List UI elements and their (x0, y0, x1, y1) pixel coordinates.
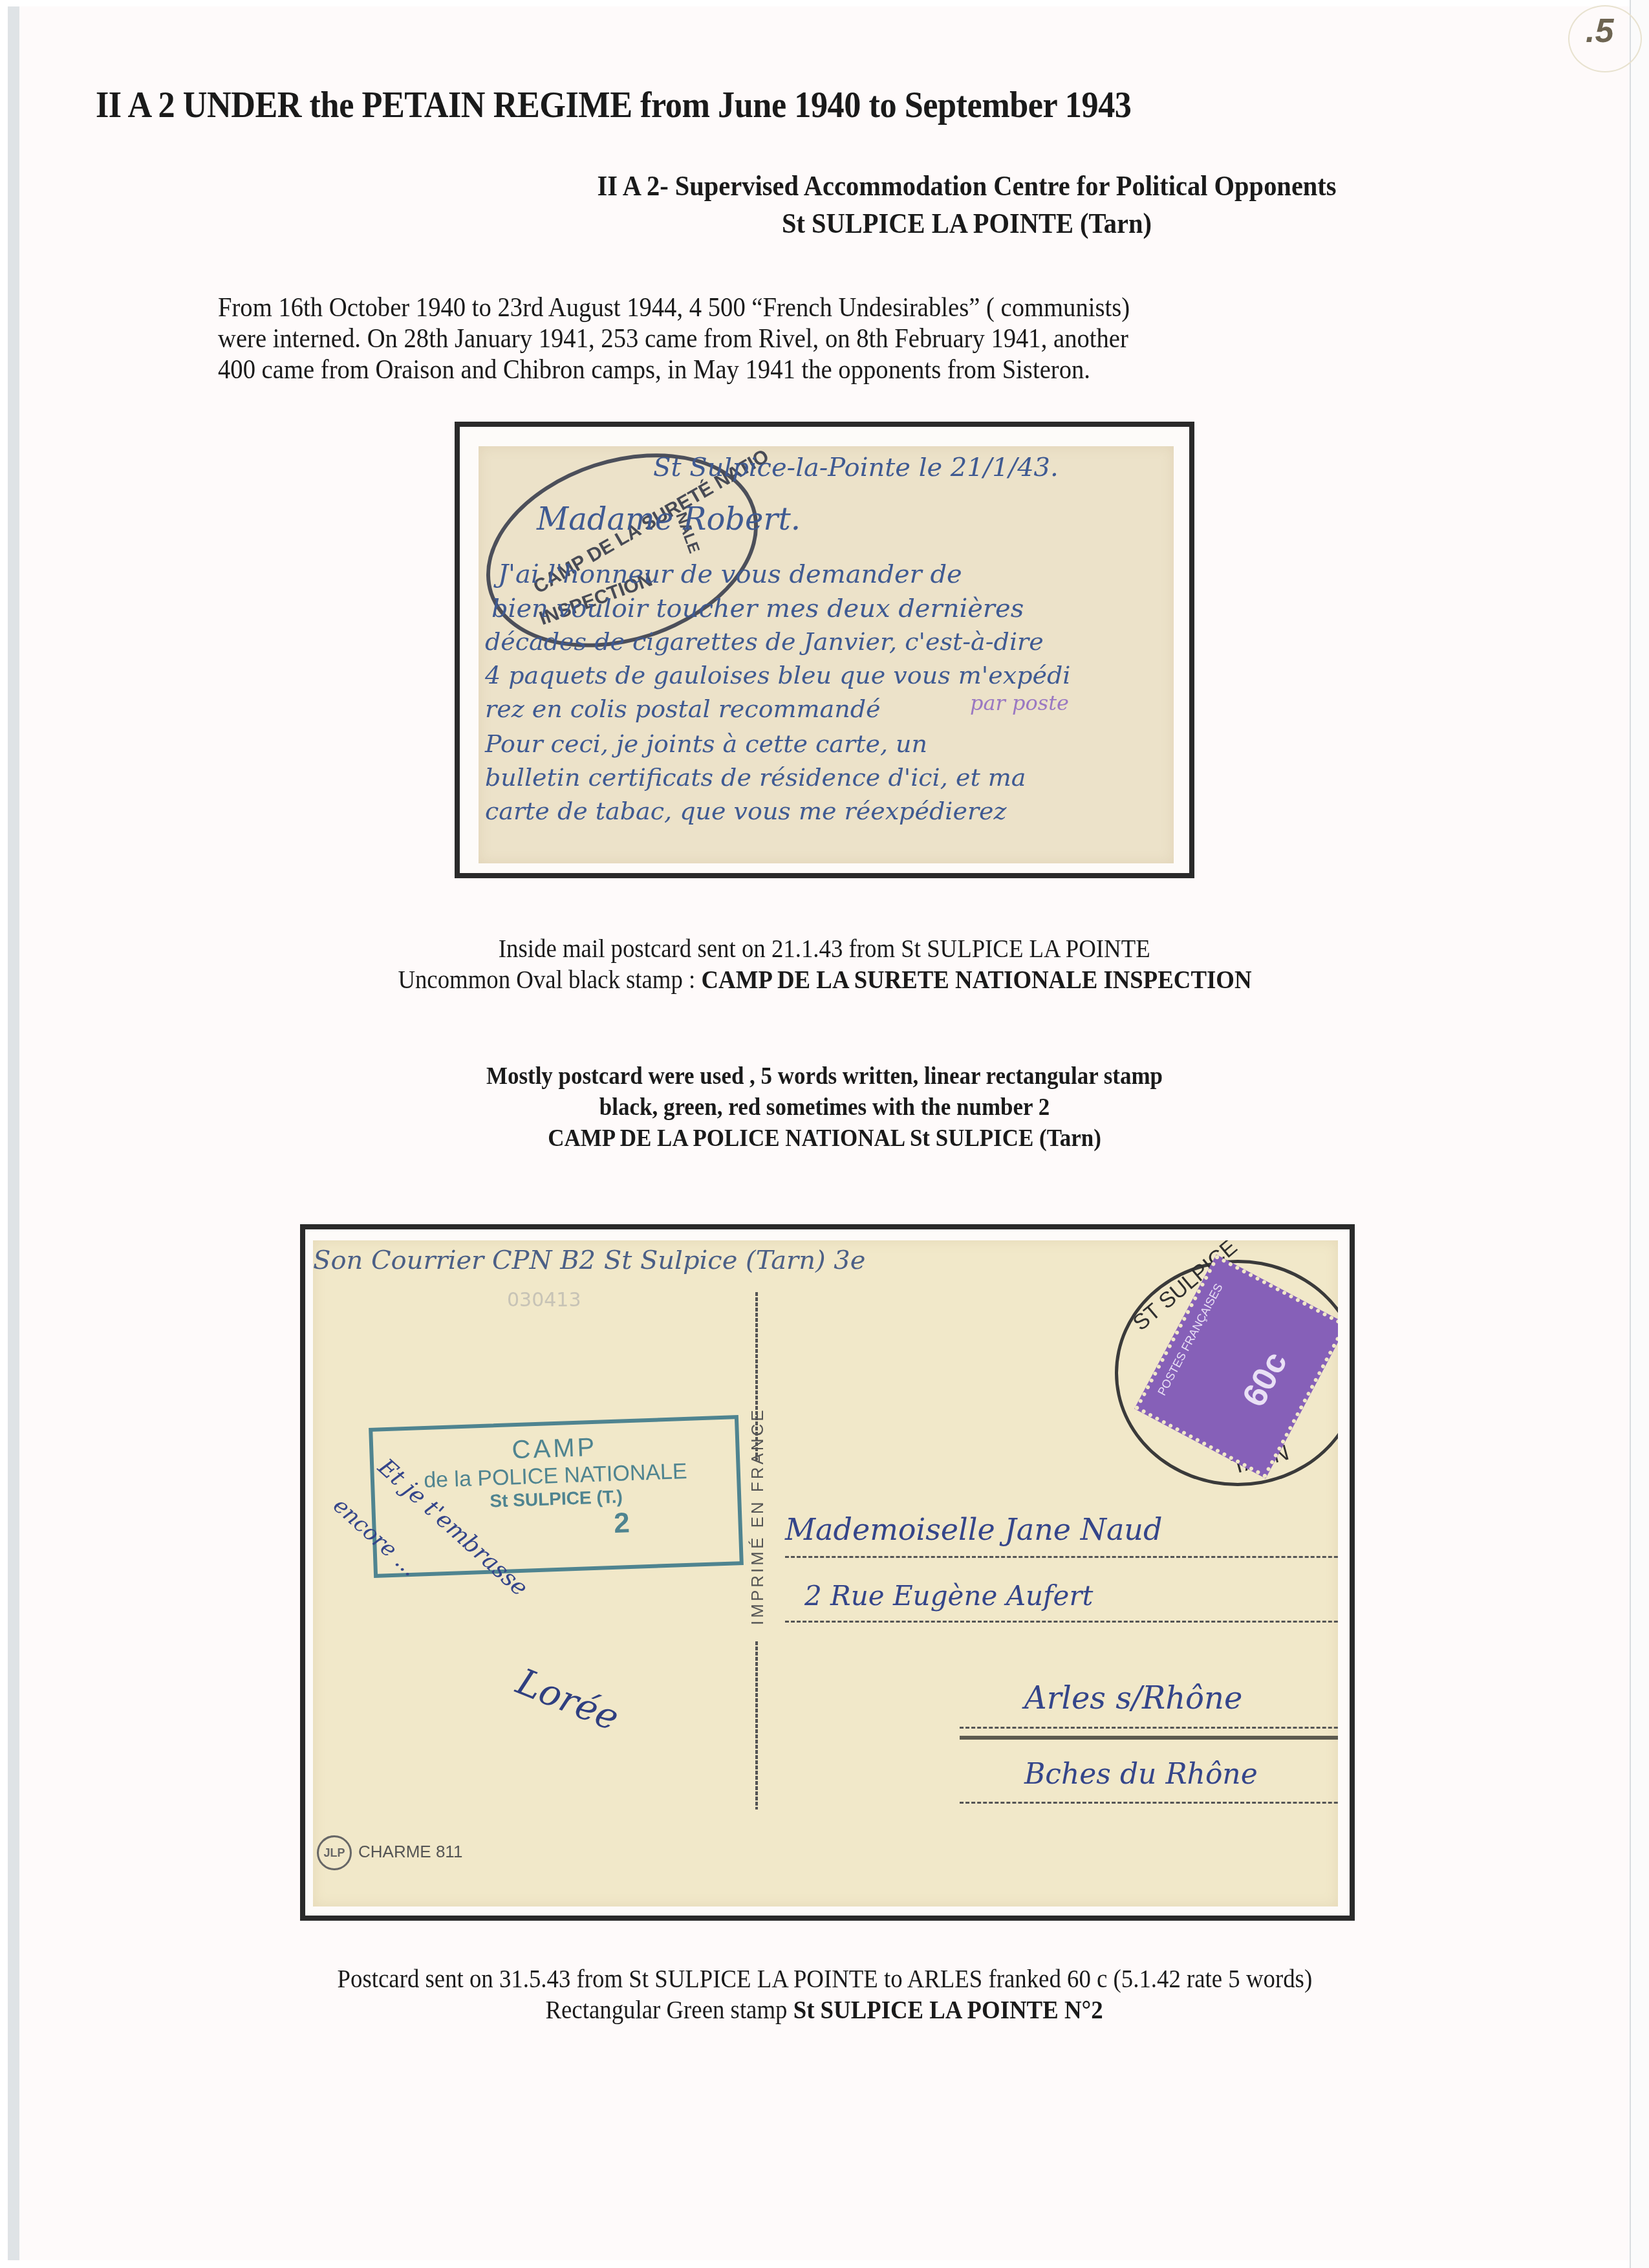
address-line: 2 Rue Eugène Aufert (804, 1580, 1093, 1612)
address-rule (785, 1556, 1338, 1558)
postcard-2-caption-line1: Postcard sent on 31.5.43 from St SULPICE… (0, 1963, 1649, 1994)
note-line: CAMP DE LA POLICE NATIONAL St SULPICE (T… (66, 1123, 1583, 1154)
address-line: Arles s/Rhône (1024, 1680, 1242, 1716)
letter-line: carte de tabac, que vous me réexpédierez (485, 797, 1007, 825)
intro-paragraph: From 16th October 1940 to 23rd August 19… (218, 292, 1421, 385)
intro-line: 400 came from Oraison and Chibron camps,… (218, 354, 1324, 385)
address-rule-bold (960, 1736, 1338, 1740)
stamp-note: Mostly postcard were used , 5 words writ… (0, 1061, 1649, 1154)
letter-line: bien vouloir toucher mes deux dernières (491, 594, 1024, 623)
intro-line: From 16th October 1940 to 23rd August 19… (218, 292, 1324, 323)
caption-text: Rectangular Green stamp (546, 1995, 793, 2024)
page-number: .5 (1586, 12, 1613, 50)
printed-in-france: IMPRIMÉ EN FRANCE (748, 1407, 768, 1625)
postcard-2: Son Courrier CPN B2 St Sulpice (Tarn) 3e… (313, 1240, 1338, 1906)
note-line: Mostly postcard were used , 5 words writ… (66, 1061, 1583, 1092)
address-line: Bches du Rhône (1024, 1758, 1258, 1791)
letter-line: rez en colis postal recommandé (485, 695, 881, 723)
intro-line: were interned. On 28th January 1941, 253… (218, 323, 1324, 354)
pencil-note: 030413 (507, 1289, 581, 1312)
letter-line: décades de cigarettes de Janvier, c'est-… (485, 627, 1044, 656)
postcard-2-caption-line2: Rectangular Green stamp St SULPICE LA PO… (0, 1994, 1649, 2025)
letter-line: J'ai l'honneur de vous demander de (498, 559, 962, 589)
letter-line: 4 paquets de gauloises bleu que vous m'e… (485, 661, 1070, 689)
letter-line: bulletin certificats de résidence d'ici,… (485, 763, 1026, 792)
letter-line: Pour ceci, je joints à cette carte, un (485, 729, 927, 758)
postcard-divider (755, 1641, 758, 1809)
caption-stamp-name: CAMP DE LA SURETE NATIONALE INSPECTION (701, 965, 1251, 994)
publisher-text: CHARME 811 (358, 1842, 462, 1862)
postcard-1-caption-line1: Inside mail postcard sent on 21.1.43 fro… (0, 933, 1649, 964)
section-location: St SULPICE LA POINTE (Tarn) (208, 207, 1649, 240)
publisher-logo: JLP (317, 1835, 352, 1870)
address-rule (960, 1727, 1338, 1729)
caption-text: Uncommon Oval black stamp : (398, 965, 701, 994)
section-subtitle: II A 2- Supervised Accommodation Centre … (208, 169, 1649, 202)
address-rule (785, 1621, 1338, 1623)
page-title: II A 2 UNDER the PETAIN REGIME from June… (96, 83, 1131, 126)
postcard-1-caption-line2: Uncommon Oval black stamp : CAMP DE LA S… (0, 964, 1649, 995)
sender-header: Son Courrier CPN B2 St Sulpice (Tarn) 3e (313, 1246, 865, 1275)
address-rule (960, 1802, 1338, 1804)
letter-salutation: Madame Robert. (537, 501, 801, 537)
address-line: Mademoiselle Jane Naud (785, 1512, 1162, 1547)
postcard-1: CAMP DE LA SURETÉ NATIO NALE INSPECTION … (479, 446, 1174, 863)
letter-dateline: St Sulpice-la-Pointe le 21/1/43. (653, 453, 1059, 482)
violet-annotation: par poste (970, 691, 1069, 715)
signature: Lorée (511, 1661, 625, 1740)
caption-stamp-name: St SULPICE LA POINTE N°2 (793, 1995, 1103, 2024)
note-line: black, green, red sometimes with the num… (66, 1092, 1583, 1123)
